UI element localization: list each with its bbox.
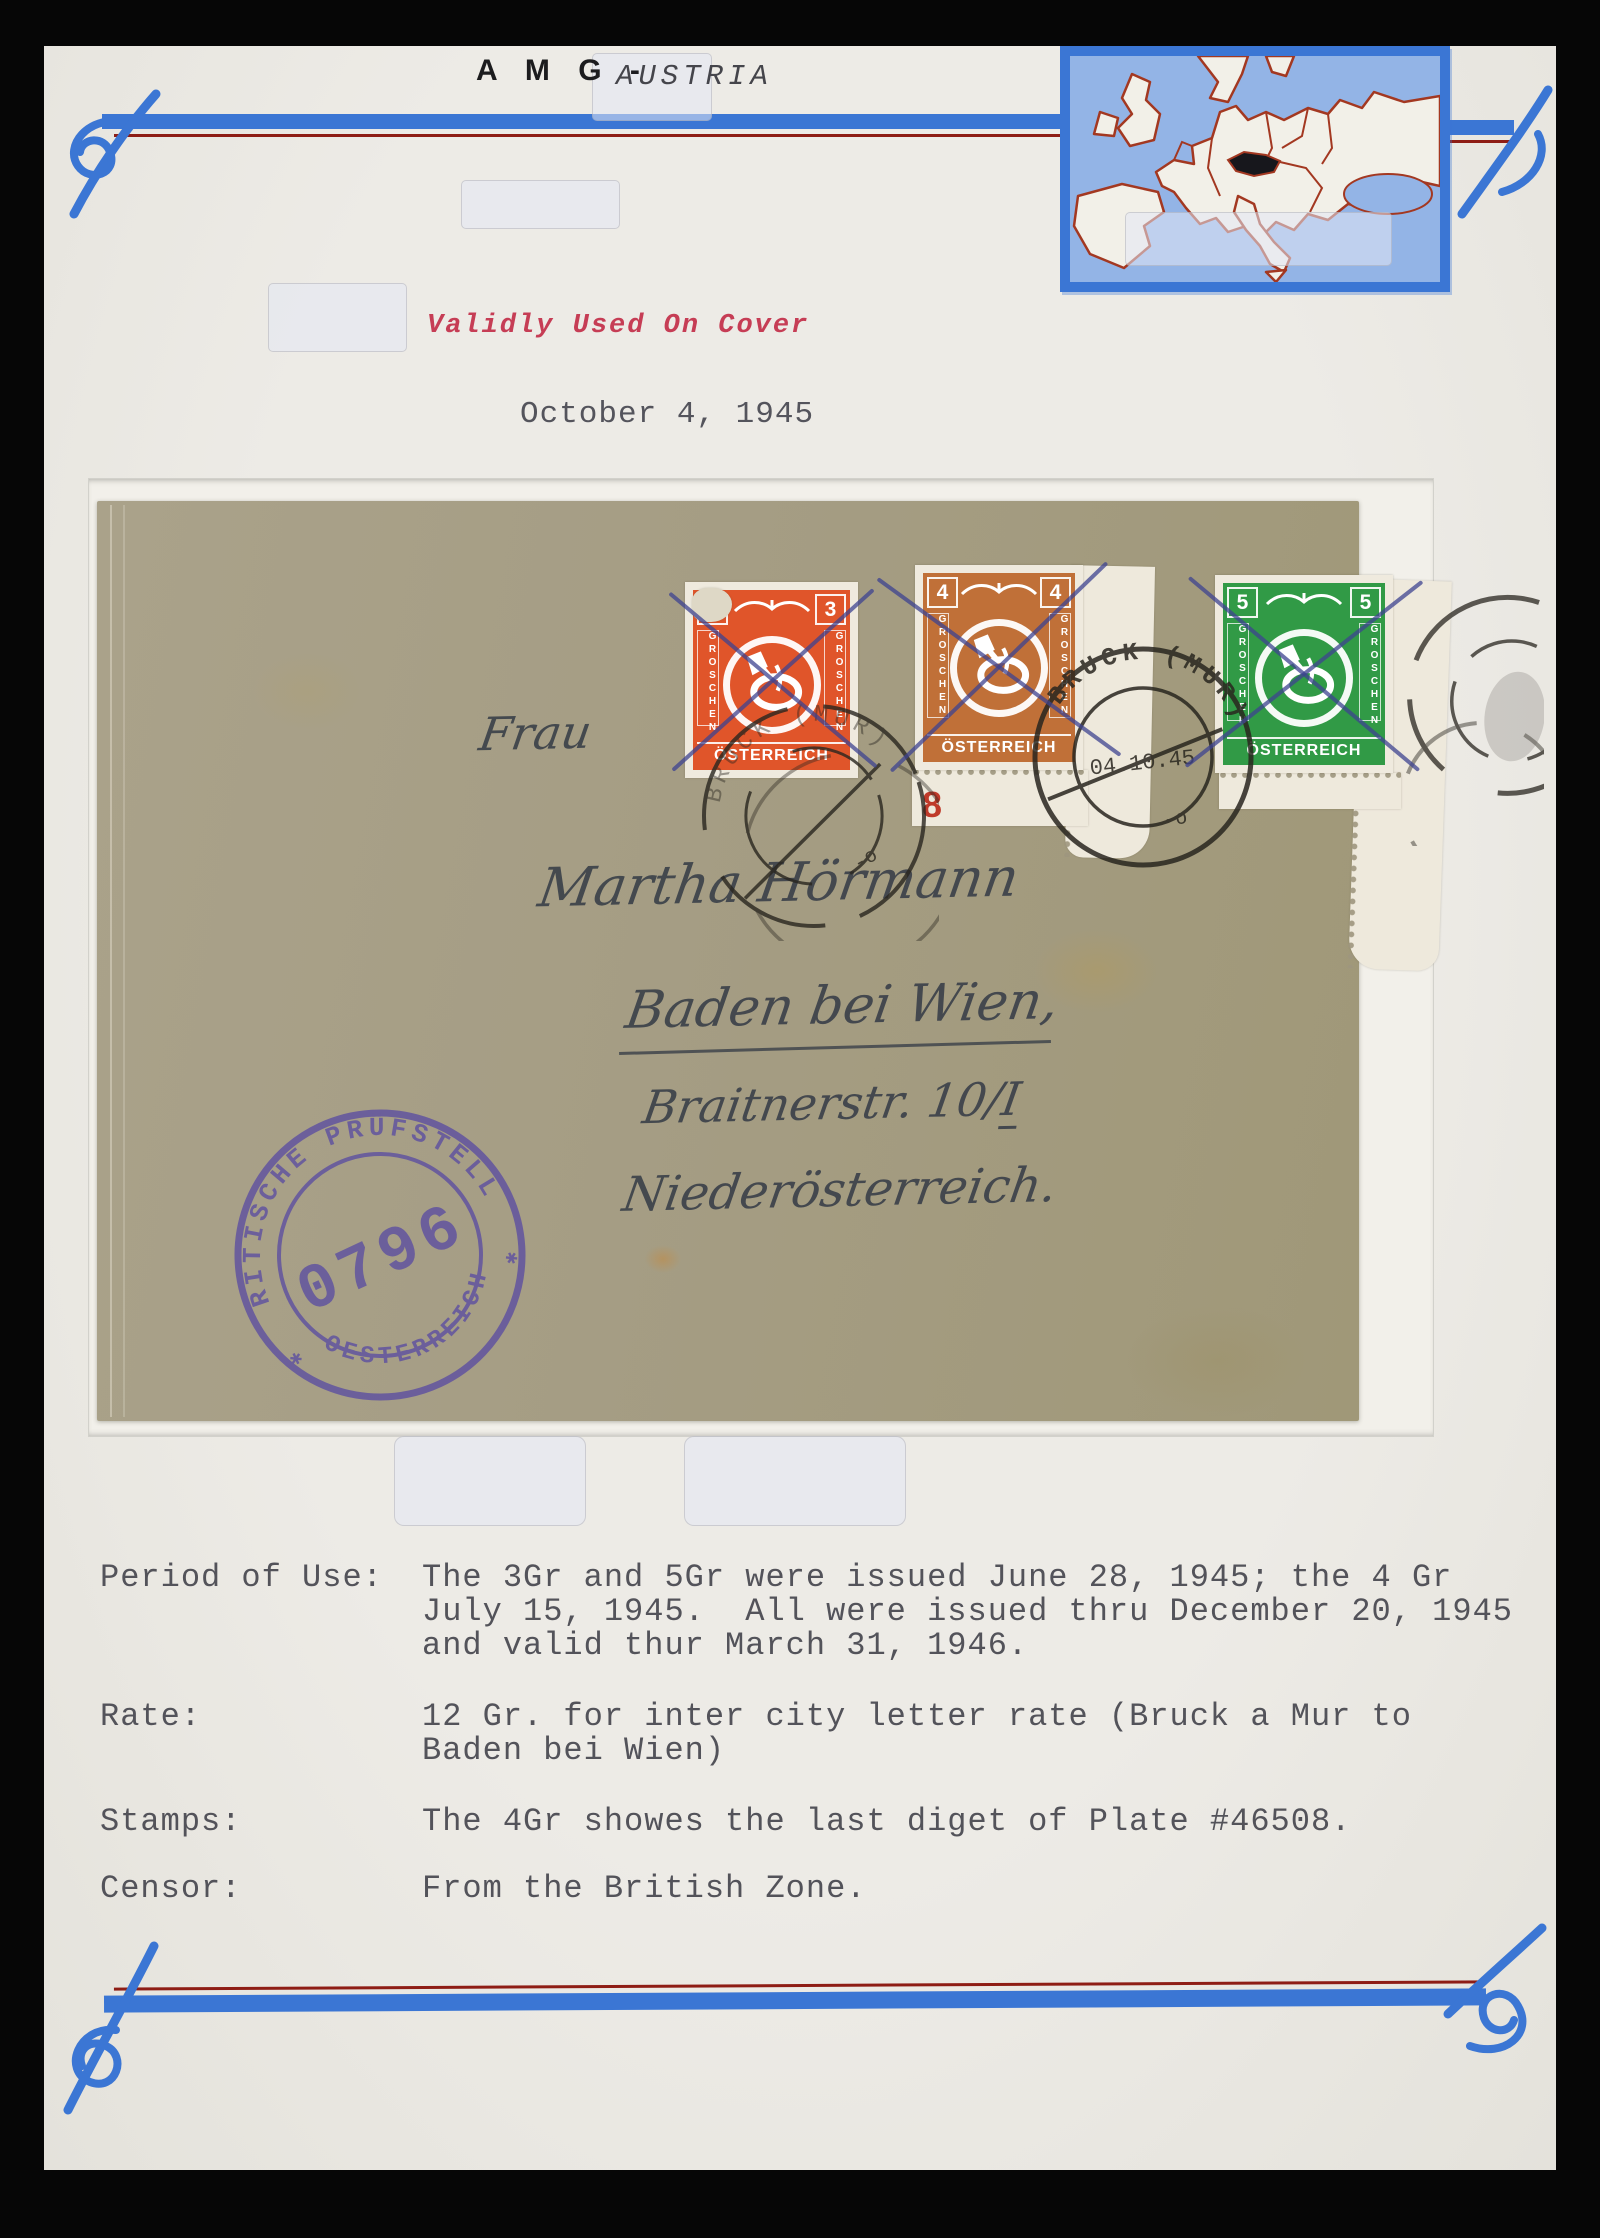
- top-stripe-blue: [102, 114, 1060, 129]
- description-line: Baden bei Wien): [422, 1734, 725, 1768]
- caption-date: October 4, 1945: [520, 397, 814, 432]
- description-label: Stamps:: [100, 1805, 241, 1839]
- bottom-stripe: [104, 1974, 1496, 2021]
- flourish-icon-bottom-left: [50, 1934, 170, 2124]
- description-line: From the British Zone.: [422, 1872, 866, 1906]
- description-label: Censor:: [100, 1872, 241, 1906]
- address-city: Baden bei Wien,: [622, 971, 1063, 1041]
- address-street-text: Braitnerstr. 10/: [639, 1072, 1006, 1134]
- description-line: and valid thur March 31, 1946.: [422, 1629, 1028, 1663]
- description-label: Period of Use:: [100, 1561, 383, 1595]
- mounting-label: [394, 1436, 586, 1526]
- top-stripe-red: [114, 134, 1060, 137]
- description-line: July 15, 1945. All were issued thru Dece…: [422, 1595, 1513, 1629]
- laurel-ornament-icon: [727, 596, 817, 614]
- description-label: Rate:: [100, 1700, 201, 1734]
- censor-number: 0796: [287, 1190, 478, 1330]
- postmark-bruck-mur: BRUCK (MUR) 04.10.45 -o: [1023, 637, 1263, 877]
- description-line: 12 Gr. for inter city letter rate (Bruck…: [422, 1700, 1412, 1734]
- mounting-label: [1125, 212, 1392, 266]
- postmark-code: -o: [1162, 807, 1188, 832]
- address-salutation: Frau: [476, 705, 596, 762]
- album-page: A M G - AUSTRIA: [44, 46, 1556, 2170]
- svg-text:BRUCK (MUR): BRUCK (MUR): [1041, 637, 1262, 730]
- mounting-label: [268, 283, 407, 352]
- mounting-label: [461, 180, 620, 229]
- envelope-crease: [123, 505, 125, 1417]
- postmark-bruck-mur-strike-a: BRUCK (MUR) -o: [689, 691, 939, 941]
- address-street: Braitnerstr. 10/I: [639, 1072, 1024, 1135]
- flourish-icon-top-right: [1452, 72, 1556, 222]
- envelope-crease: [110, 505, 112, 1417]
- flourish-icon-bottom-right: [1434, 1918, 1556, 2088]
- address-region: Niederösterreich.: [619, 1157, 1061, 1223]
- photo-background: A M G - AUSTRIA: [0, 0, 1600, 2238]
- censor-mark: BRITISCHE PRÜFSTELLE OESTERREICH 0796 ✱ …: [220, 1095, 540, 1415]
- address-city-underline: [619, 1040, 1051, 1055]
- caption-usage: Validly Used On Cover: [427, 311, 809, 341]
- cover-envelope: 3 3 GROSCHEN GROSCHEN ÖSTERREICH: [97, 501, 1359, 1421]
- laurel-ornament-icon: [954, 579, 1044, 597]
- postmark-town: BRUCK (MUR): [1041, 637, 1262, 730]
- description-line: The 3Gr and 5Gr were issued June 28, 194…: [422, 1561, 1452, 1595]
- censor-star-icon: ✱: [286, 1347, 307, 1373]
- bottom-stripe-blue: [104, 1988, 1486, 2012]
- flourish-icon-top-left: [44, 86, 164, 226]
- page-title-typed: AUSTRIA: [616, 60, 773, 93]
- description-line: The 4Gr showes the last diget of Plate #…: [422, 1805, 1351, 1839]
- mounting-label: [684, 1436, 906, 1526]
